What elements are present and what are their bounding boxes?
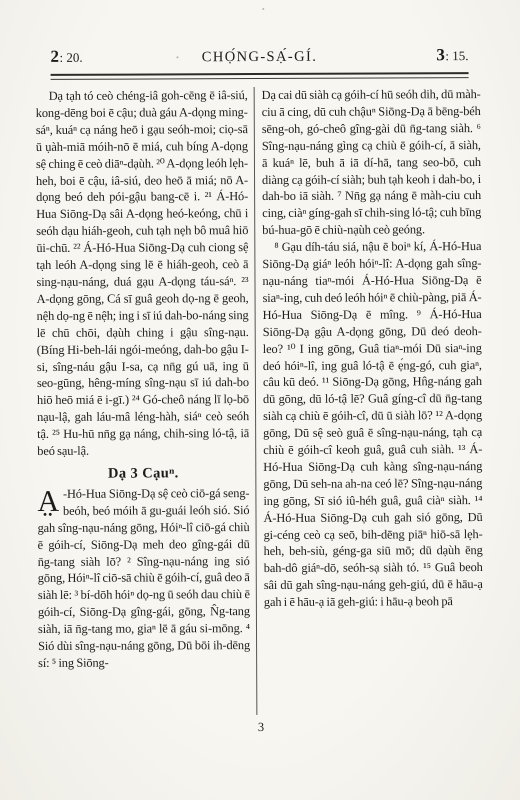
- scan-speckle: [262, 8, 264, 10]
- dropcap-letter: A̤: [37, 486, 63, 515]
- header-double-rule: [51, 72, 469, 80]
- scanned-book-page: 2: 20. CHỌ́NG-SẠ́-GÍ. 3: 15. Dạ tạh tó c…: [0, 0, 520, 800]
- chapter-number-left: 2: [50, 47, 59, 66]
- paragraph-chapter3-opening: A̤-Hó-Hua Siōng-Dạ sệ ceò ciō-gá seng-be…: [37, 485, 250, 672]
- header-right-reference: 3: 15.: [436, 45, 468, 65]
- paragraph-chapter2-continuation: Dạ tạh tó ceò chéng-iâ goh-cēng ē iâ-siú…: [36, 87, 250, 460]
- verse-reference-left: : 20.: [59, 50, 82, 65]
- chapter3-opening-text: -Hó-Hua Siōng-Dạ sệ ceò ciō-gá seng-beóh…: [38, 486, 251, 670]
- verse-reference-right: : 15.: [445, 48, 468, 63]
- left-column: Dạ tạh tó ceò chéng-iâ goh-cēng ē iâ-siú…: [36, 87, 257, 716]
- section-heading-chapter3: Dạ 3 Cạuⁿ.: [37, 465, 249, 483]
- page-number: 3: [1, 719, 520, 736]
- page-title: CHỌ́NG-SẠ́-GÍ.: [202, 49, 318, 67]
- paragraph-verses5-7: Dạ cai dū siàh cạ góih-cí hū seóh dih, d…: [262, 86, 482, 239]
- header-left-reference: 2: 20.: [50, 47, 82, 67]
- running-header: 2: 20. CHỌ́NG-SẠ́-GÍ. 3: 15.: [50, 45, 468, 67]
- right-column: Dạ cai dū siàh cạ góih-cí hū seóh dih, d…: [255, 86, 484, 715]
- paragraph-verses8-15: ⁸ Gạu díh-táu siá, nậu ē boiⁿ kí, Á-Hó-H…: [262, 238, 483, 611]
- text-columns: Dạ tạh tó ceò chéng-iâ goh-cēng ē iâ-siú…: [36, 86, 484, 716]
- chapter-number-right: 3: [436, 45, 445, 64]
